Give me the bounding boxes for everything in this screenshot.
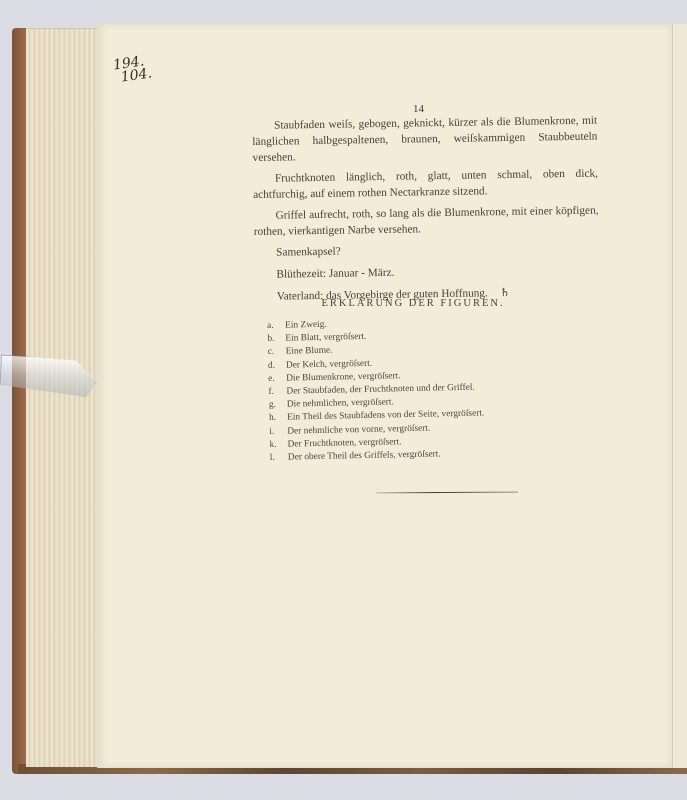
- paragraph-staubfaden: Staubfaden weiſs, gebogen, geknickt, kür…: [252, 113, 598, 166]
- page-edges: [26, 28, 98, 767]
- page-number: 14: [413, 103, 424, 115]
- figures-heading: ERKLÄRUNG DER FIGUREN.: [298, 298, 528, 309]
- paragraph-samenkapsel: Samenkapsel?: [254, 240, 599, 261]
- figure-legend: a.Ein Zweig. b.Ein Blatt, vergröſsert. c…: [267, 314, 550, 465]
- description-text: Staubfaden weiſs, gebogen, geknickt, kür…: [252, 113, 600, 311]
- paragraph-griffel: Griffel aufrecht, roth, so lang als die …: [253, 203, 598, 240]
- manuscript-annotation: 194. 104.: [112, 55, 152, 86]
- paragraph-fruchtknoten: Fruchtknoten länglich, roth, glatt, unte…: [253, 166, 598, 203]
- facing-page-edge: [672, 24, 687, 768]
- paragraph-bluethezeit: Blüthezeit: Januar - März.: [254, 262, 599, 283]
